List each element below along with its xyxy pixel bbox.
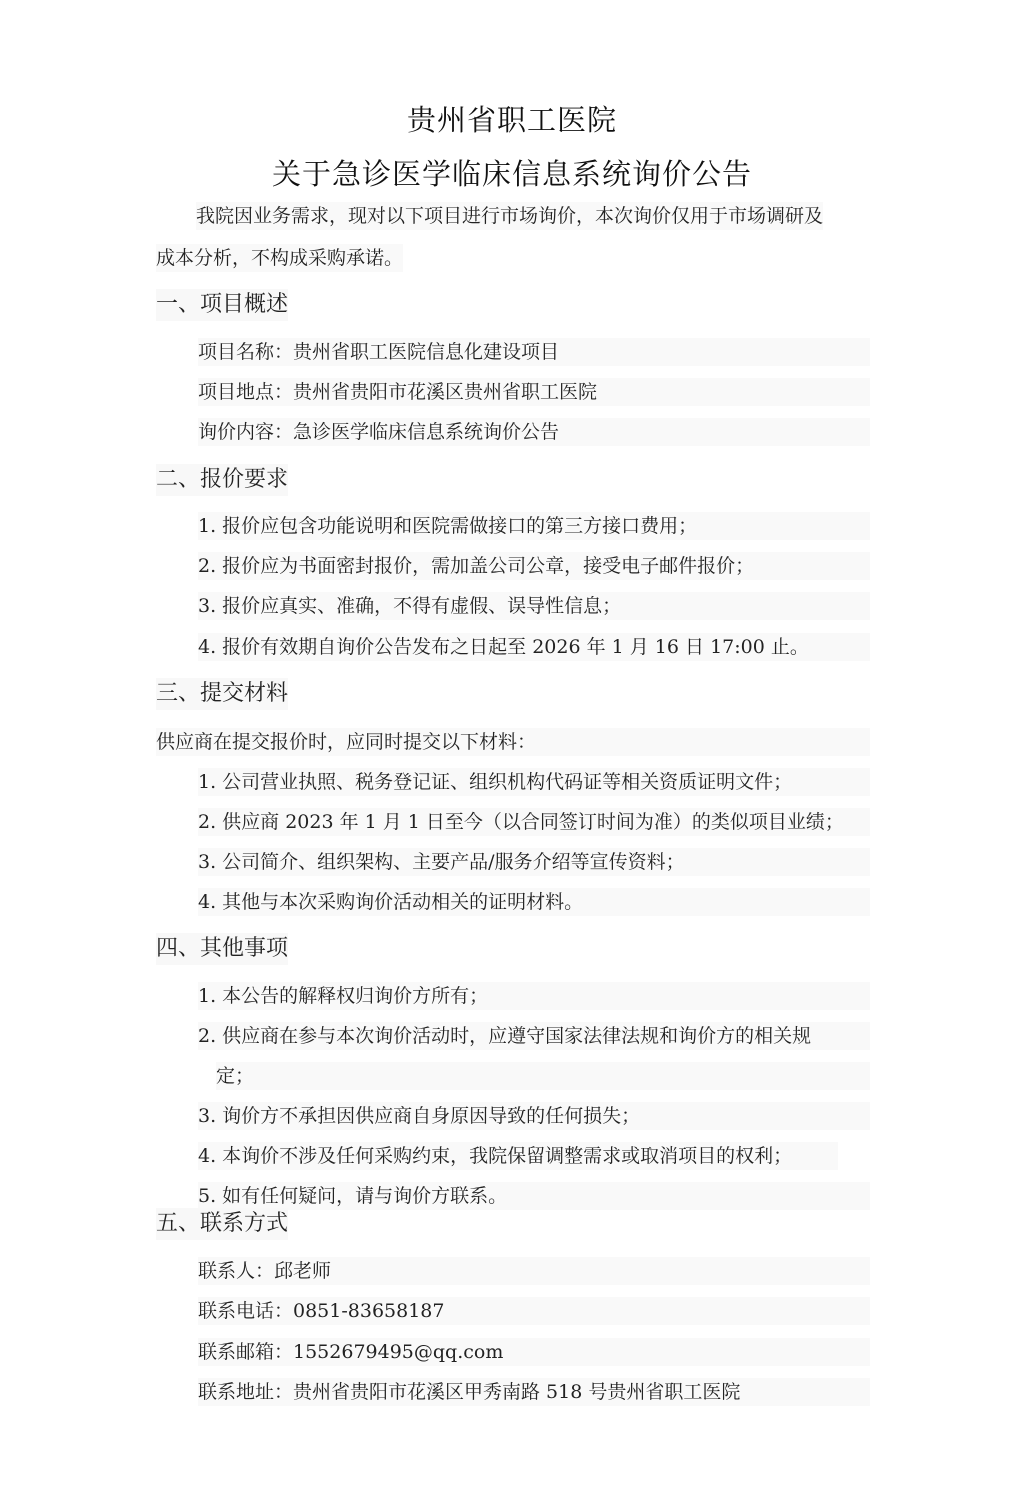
document-title-hospital: 贵州省职工医院 bbox=[0, 98, 1024, 139]
quote-requirement-item: 2. 报价应为书面密封报价，需加盖公司公章，接受电子邮件报价； bbox=[198, 552, 870, 580]
contact-phone: 联系电话：0851-83658187 bbox=[198, 1297, 870, 1325]
other-matters-item-continuation: 定； bbox=[216, 1062, 870, 1090]
section-heading-materials: 三、提交材料 bbox=[156, 678, 288, 710]
intro-paragraph-line1: 我院因业务需求，现对以下项目进行市场询价，本次询价仅用于市场调研及 bbox=[196, 202, 823, 230]
overview-project-location: 项目地点：贵州省贵阳市花溪区贵州省职工医院 bbox=[198, 378, 870, 406]
section-heading-other-matters: 四、其他事项 bbox=[156, 933, 288, 965]
contact-email: 联系邮箱：1552679495@qq.com bbox=[198, 1338, 870, 1366]
document-page: 贵州省职工医院 关于急诊医学临床信息系统询价公告 我院因业务需求，现对以下项目进… bbox=[0, 0, 1024, 1506]
overview-inquiry-content: 询价内容：急诊医学临床信息系统询价公告 bbox=[198, 418, 870, 446]
section-heading-overview: 一、项目概述 bbox=[156, 289, 288, 321]
materials-item: 1. 公司营业执照、税务登记证、组织机构代码证等相关资质证明文件； bbox=[198, 768, 870, 796]
section-heading-contact: 五、联系方式 bbox=[156, 1208, 288, 1240]
document-title-announcement: 关于急诊医学临床信息系统询价公告 bbox=[0, 152, 1024, 193]
overview-project-name: 项目名称：贵州省职工医院信息化建设项目 bbox=[198, 338, 870, 366]
intro-paragraph-line2: 成本分析，不构成采购承诺。 bbox=[156, 244, 403, 272]
other-matters-item: 3. 询价方不承担因供应商自身原因导致的任何损失； bbox=[198, 1102, 870, 1130]
quote-requirement-item: 1. 报价应包含功能说明和医院需做接口的第三方接口费用； bbox=[198, 512, 870, 540]
section-heading-quote-requirements: 二、报价要求 bbox=[156, 464, 288, 496]
quote-requirement-item: 4. 报价有效期自询价公告发布之日起至 2026 年 1 月 16 日 17:0… bbox=[198, 633, 870, 661]
contact-person: 联系人：邱老师 bbox=[198, 1257, 870, 1285]
contact-address: 联系地址：贵州省贵阳市花溪区甲秀南路 518 号贵州省职工医院 bbox=[198, 1378, 870, 1406]
materials-item: 4. 其他与本次采购询价活动相关的证明材料。 bbox=[198, 888, 870, 916]
quote-requirement-item: 3. 报价应真实、准确，不得有虚假、误导性信息； bbox=[198, 592, 870, 620]
materials-item: 2. 供应商 2023 年 1 月 1 日至今（以合同签订时间为准）的类似项目业… bbox=[198, 808, 870, 836]
other-matters-item: 5. 如有任何疑问，请与询价方联系。 bbox=[198, 1182, 870, 1210]
materials-lead-text: 供应商在提交报价时，应同时提交以下材料： bbox=[156, 728, 870, 756]
materials-item: 3. 公司简介、组织架构、主要产品/服务介绍等宣传资料； bbox=[198, 848, 870, 876]
other-matters-item: 2. 供应商在参与本次询价活动时，应遵守国家法律法规和询价方的相关规 bbox=[198, 1022, 870, 1050]
other-matters-item: 4. 本询价不涉及任何采购约束，我院保留调整需求或取消项目的权利； bbox=[198, 1142, 838, 1170]
other-matters-item: 1. 本公告的解释权归询价方所有； bbox=[198, 982, 870, 1010]
